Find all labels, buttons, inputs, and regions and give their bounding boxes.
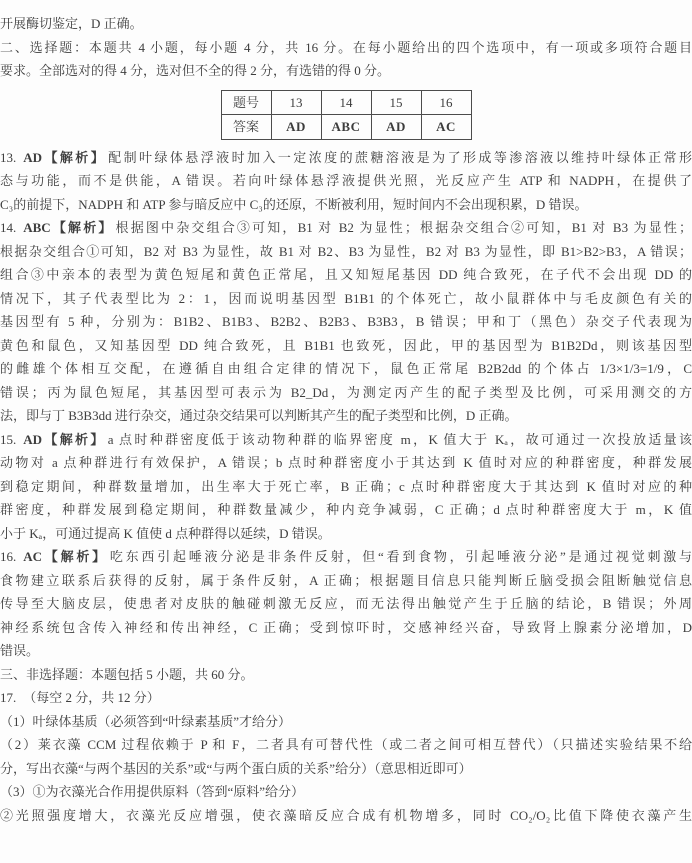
text-line: 态与功能，而不是供能，A 错误。若向叶绿体悬浮液提供光照，光反应产生 ATP 和…	[0, 169, 692, 193]
item-14-first-line: 14.ABC【解析】根据图中杂交组合③可知，B1 对 B2 为显性；根据杂交组合…	[0, 216, 692, 240]
document-page: 开展酶切鉴定，D 正确。 二、选择题：本题共 4 小题，每小题 4 分，共 16…	[0, 0, 692, 863]
item-15-first-line: 15.AD【解析】a 点时种群密度低于该动物种群的临界密度 m，K 值大于 Kₐ…	[0, 428, 692, 452]
item-13-first-line: 13.AD【解析】配制叶绿体悬浮液时加入一定浓度的蔗糖溶液是为了形成等渗溶液以维…	[0, 146, 692, 170]
text-line: C₃的前提下，NADPH 和 ATP 参与暗反应中 C₃的还原，不断被利用，短时…	[0, 193, 692, 217]
q17-sub1-line: （1）叶绿体基质（必须答到“叶绿素基质”才给分）	[0, 710, 692, 734]
section2-header-line-2: 要求。全部选对的得 4 分，选对但不全的得 2 分，有选错的得 0 分。	[0, 59, 692, 83]
text-line: 配制叶绿体悬浮液时加入一定浓度的蔗糖溶液是为了形成等渗溶液以维持叶绿体正常形	[108, 150, 692, 165]
item-number: 17.	[0, 690, 16, 705]
q17-sub2-line-2: 分，写出衣藻“与两个基因的关系”或“与两个蛋白质的关系”给分）（意思相近即可）	[0, 757, 692, 781]
text-line: 错误。	[0, 639, 692, 663]
item-answer-prefix: ABC【解析】	[23, 220, 113, 235]
answer-table-answer-row: 答案 AD ABC AD AC	[221, 115, 471, 140]
section2-header-line-1: 二、选择题：本题共 4 小题，每小题 4 分，共 16 分。在每小题给出的四个选…	[0, 36, 692, 60]
text-line: 到稳定期间，种群数量增加，出生率大于死亡率，B 正确；c 点时种群密度大于其达到…	[0, 475, 692, 499]
intro-line: 开展酶切鉴定，D 正确。	[0, 12, 692, 36]
table-cell-label: 题号	[221, 90, 271, 115]
item-number: 13.	[0, 150, 16, 165]
item-number: 15.	[0, 432, 16, 447]
text-line: 黄色和鼠色，又知基因型 DD 纯合致死，且 B1B1 也致死，因此，甲的基因型为…	[0, 334, 692, 358]
answer-table-header-row: 题号 13 14 15 16	[221, 90, 471, 115]
table-cell-answer: AD	[271, 115, 321, 140]
text-line: 错误；丙为鼠色短尾，其基因型可表示为 B2_Dd，为测定丙产生的配子类型及比例，…	[0, 381, 692, 405]
text-line: 组合③中亲本的表型为黄色短尾和黄色正常尾，且又知短尾基因 DD 纯合致死，在子代…	[0, 263, 692, 287]
item-16-first-line: 16.AC【解析】吃东西引起唾液分泌是非条件反射，但“看到食物，引起唾液分泌”是…	[0, 545, 692, 569]
q17-sub2-line-1: （2）莱衣藻 CCM 过程依赖于 P 和 F，二者具有可替代性（或二者之间可相互…	[0, 733, 692, 757]
item-number: 16.	[0, 549, 16, 564]
text-line: 基因型有 5 种，分别为：B1B2、B1B3、B2B2、B2B3、B3B3，B …	[0, 310, 692, 334]
text-line: 吃东西引起唾液分泌是非条件反射，但“看到食物，引起唾液分泌”是通过视觉刺激与	[110, 549, 692, 564]
text-line: 传导至大脑皮层，使患者对皮肤的触碰刺激无反应，而无法得出触觉产生于丘脑的结论，B…	[0, 592, 692, 616]
text-line: 根据图中杂交组合③可知，B1 对 B2 为显性；根据杂交组合②可知，B1 对 B…	[116, 220, 692, 235]
table-cell-label: 答案	[221, 115, 271, 140]
item-answer-prefix: AD【解析】	[23, 432, 105, 447]
text-line: a 点时种群密度低于该动物种群的临界密度 m，K 值大于 Kₐ，故可通过一次投放…	[108, 432, 692, 447]
section3-header: 三、非选择题：本题包括 5 小题，共 60 分。	[0, 663, 692, 687]
table-cell-answer: AD	[371, 115, 421, 140]
item-answer-prefix: AD【解析】	[23, 150, 106, 165]
text-line: 情况下，其子代表型比为 2：1，因而说明基因型 B1B1 的个体死亡，故小鼠群体…	[0, 287, 692, 311]
item-number: 14.	[0, 220, 16, 235]
table-cell-answer: AC	[421, 115, 471, 140]
text-line: 群密度，种群发展到稳定期间，种群数量减少，种内竞争减弱，C 正确；d 点时种群密…	[0, 498, 692, 522]
table-cell-qnum: 15	[371, 90, 421, 115]
text-line: 食物建立联系后获得的反射，属于条件反射，A 正确；根据题目信息只能判断丘脑受损会…	[0, 569, 692, 593]
text-line: 神经系统包含传入神经和传出神经，C 正确；受到惊吓时，交感神经兴奋，导致肾上腺素…	[0, 616, 692, 640]
table-cell-qnum: 16	[421, 90, 471, 115]
table-cell-answer: ABC	[321, 115, 371, 140]
text-line: （每空 2 分，共 12 分）	[23, 690, 160, 705]
item-answer-prefix: AC【解析】	[23, 549, 108, 564]
text-line: 小于 Kₐ，可通过提高 K 值使 d 点种群得以延续，D 错误。	[0, 522, 692, 546]
answer-table: 题号 13 14 15 16 答案 AD ABC AD AC	[221, 90, 472, 140]
text-line: 法，即与丁 B3B3dd 进行杂交，通过杂交结果可以判断其产生的配子类型和比例，…	[0, 404, 692, 428]
q17-sub3-line-1: （3）①为衣藻光合作用提供原料（答到“原料”给分）	[0, 780, 692, 804]
text-line: 动物对 a 点种群进行有效保护，A 错误；b 点时种群密度小于其达到 K 值时对…	[0, 451, 692, 475]
table-cell-qnum: 13	[271, 90, 321, 115]
q17-sub3-line-2: ②光照强度增大，衣藻光反应增强，使衣藻暗反应合成有机物增多，同时 CO₂/O₂比…	[0, 804, 692, 828]
q17-header-line: 17.（每空 2 分，共 12 分）	[0, 686, 692, 710]
text-line: 的雌雄个体相互交配，在遵循自由组合定律的情况下，鼠色正常尾 B2B2dd 的个体…	[0, 357, 692, 381]
table-cell-qnum: 14	[321, 90, 371, 115]
text-line: 根据杂交组合①可知，B2 对 B3 为显性，故 B1 对 B2、B3 为显性，B…	[0, 240, 692, 264]
